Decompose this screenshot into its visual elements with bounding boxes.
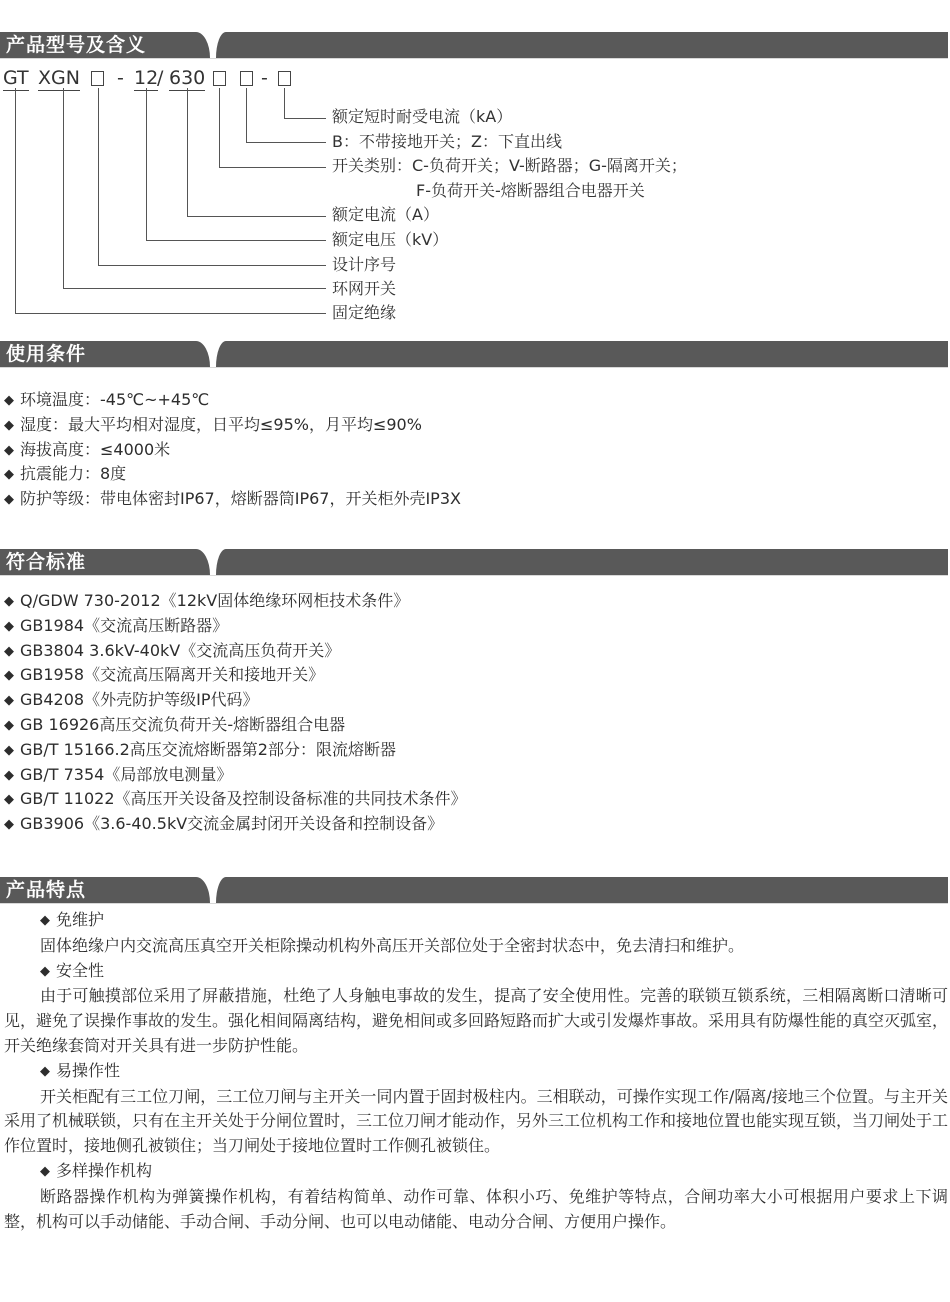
connector-line [63,88,64,288]
list-item: ◆GB3906《3.6-40.5kV交流金属封闭开关设备和控制设备》 [4,812,467,837]
connector-line [15,313,326,314]
desc-fixed-insulation: 固定绝缘 [332,303,396,323]
connector-line [246,142,326,143]
code-xgn: XGN [38,66,80,91]
diamond-bullet-icon: ◆ [4,463,14,487]
diamond-bullet-icon: ◆ [4,414,14,438]
divider [0,903,948,904]
diamond-bullet-icon: ◆ [4,664,14,688]
diamond-bullet-icon: ◆ [4,689,14,713]
desc-short-time-current: 额定短时耐受电流（kA） [332,107,512,127]
section-header-features: 产品特点 [0,877,948,903]
conditions-list: ◆环境温度：-45℃~+45℃ ◆湿度：最大平均相对湿度，日平均≤95%，月平均… [4,388,461,512]
connector-line [146,240,326,241]
section-header-conditions: 使用条件 [0,341,948,367]
feature-title: ◆易操作性 [4,1059,948,1085]
connector-line [187,216,326,217]
connector-line [63,288,326,289]
connector-line [98,265,326,266]
feature-title: ◆免维护 [4,908,948,934]
connector-line [246,88,247,142]
diamond-bullet-icon: ◆ [4,764,14,788]
connector-line [219,167,326,168]
list-item: ◆GB1984《交流高压断路器》 [4,614,467,639]
diamond-bullet-icon: ◆ [40,909,50,934]
diamond-bullet-icon: ◆ [4,739,14,763]
feature-body: 断路器操作机构为弹簧操作机构，有着结构简单、动作可靠、体积小巧、免维护等特点，合… [4,1185,948,1235]
desc-switch-type-cont: F-负荷开关-熔断器组合电器开关 [416,181,645,201]
list-item: ◆GB3804 3.6kV-40kV《交流高压负荷开关》 [4,639,467,664]
diamond-bullet-icon: ◆ [40,1160,50,1185]
divider [0,58,948,59]
list-item: ◆防护等级：带电体密封IP67，熔断器筒IP67，开关柜外壳IP3X [4,487,461,512]
feature-body: 固体绝缘户内交流高压真空开关柜除操动机构外高压开关部位处于全密封状态中，免去清扫… [4,934,948,959]
standards-list: ◆Q/GDW 730-2012《12kV固体绝缘环网柜技术条件》 ◆GB1984… [4,589,467,837]
code-dash: - [117,66,124,90]
list-item: ◆GB/T 11022《高压开关设备及控制设备标准的共同技术条件》 [4,787,467,812]
section-header-model: 产品型号及含义 [0,32,948,58]
connector-line [187,88,188,216]
header-bar-extension [216,32,948,58]
placeholder-box-type [213,71,226,86]
diamond-bullet-icon: ◆ [4,615,14,639]
diamond-bullet-icon: ◆ [4,813,14,837]
diamond-bullet-icon: ◆ [4,439,14,463]
feature-title: ◆多样操作机构 [4,1159,948,1185]
list-item: ◆GB4208《外壳防护等级IP代码》 [4,688,467,713]
diamond-bullet-icon: ◆ [4,788,14,812]
divider [0,575,948,576]
diamond-bullet-icon: ◆ [4,590,14,614]
section-title: 产品型号及含义 [6,33,146,57]
section-title: 符合标准 [6,550,86,574]
list-item: ◆抗震能力：8度 [4,462,461,487]
list-item: ◆GB1958《交流高压隔离开关和接地开关》 [4,663,467,688]
desc-rated-voltage: 额定电压（kV） [332,230,448,250]
connector-line [146,88,147,240]
list-item: ◆湿度：最大平均相对湿度，日平均≤95%，月平均≤90% [4,413,461,438]
desc-switch-type: 开关类别：C-负荷开关；V-断路器；G-隔离开关； [332,156,687,176]
section-header-standards: 符合标准 [0,549,948,575]
list-item: ◆GB/T 15166.2高压交流熔断器第2部分：限流熔断器 [4,738,467,763]
list-item: ◆环境温度：-45℃~+45℃ [4,388,461,413]
connector-line [284,88,285,118]
header-bar-extension [216,341,948,367]
list-item: ◆GB 16926高压交流负荷开关-熔断器组合电器 [4,713,467,738]
connector-line [15,88,16,313]
list-item: ◆Q/GDW 730-2012《12kV固体绝缘环网柜技术条件》 [4,589,467,614]
diamond-bullet-icon: ◆ [40,1060,50,1085]
placeholder-box-design [91,71,104,86]
desc-rated-current: 额定电流（A） [332,205,439,225]
diamond-bullet-icon: ◆ [4,640,14,664]
connector-line [284,118,326,119]
desc-ring-main-switch: 环网开关 [332,279,396,299]
section-title: 产品特点 [6,878,86,902]
diamond-bullet-icon: ◆ [40,960,50,985]
feature-body: 开关柜配有三工位刀闸，三工位刀闸与主开关一同内置于固封极柱内。三相联动，可操作实… [4,1085,948,1159]
header-bar-extension [216,877,948,903]
placeholder-box-option [240,71,253,86]
desc-grounding-option: B：不带接地开关；Z：下直出线 [332,132,562,152]
list-item: ◆GB/T 7354《局部放电测量》 [4,763,467,788]
section-title: 使用条件 [6,342,86,366]
diamond-bullet-icon: ◆ [4,389,14,413]
diamond-bullet-icon: ◆ [4,714,14,738]
connector-line [219,88,220,167]
header-bar-extension [216,549,948,575]
placeholder-box-current [278,71,291,86]
list-item: ◆海拔高度：≤4000米 [4,438,461,463]
feature-title: ◆安全性 [4,959,948,985]
diamond-bullet-icon: ◆ [4,488,14,512]
connector-line [98,88,99,265]
divider [0,367,948,368]
code-slash: / [157,66,163,90]
feature-body: 由于可触摸部位采用了屏蔽措施，杜绝了人身触电事故的发生，提高了安全使用性。完善的… [4,984,948,1058]
desc-design-serial: 设计序号 [332,255,396,275]
code-dash-2: - [261,66,268,90]
features-list: ◆免维护 固体绝缘户内交流高压真空开关柜除操动机构外高压开关部位处于全密封状态中… [4,908,948,1234]
